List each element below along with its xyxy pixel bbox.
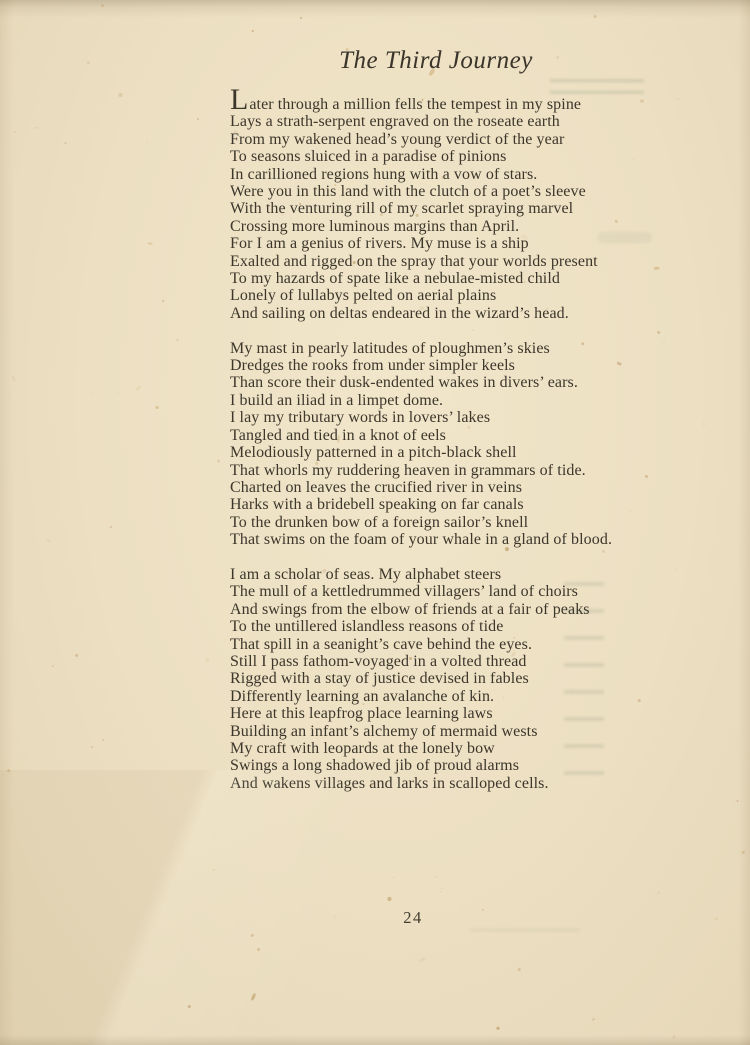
poem-line: Rigged with a stay of justice devised in… — [230, 670, 670, 687]
paper-speckle — [156, 406, 159, 409]
poem-line: With the venturing rill of my scarlet sp… — [230, 200, 670, 217]
poem-line: I lay my tributary words in lovers’ lake… — [230, 409, 670, 426]
poem-line: Swings a long shadowed jib of proud alar… — [230, 757, 670, 774]
paper-speckle — [299, 17, 302, 20]
poem-stanza: Later through a million fells the tempes… — [230, 96, 670, 322]
paper-speckle — [677, 97, 679, 99]
paper-speckle — [594, 15, 597, 18]
poem-line: To my hazards of spate like a nebulae-mi… — [230, 270, 670, 287]
paper-speckle — [205, 657, 210, 662]
paper-speckle — [212, 869, 214, 871]
paper-speckle — [435, 876, 437, 878]
poem-line: To the untillered islandless reasons of … — [230, 618, 670, 635]
poem-line: Here at this leapfrog place learning law… — [230, 705, 670, 722]
paper-speckle — [418, 956, 426, 963]
poem-line: And swings from the elbow of friends at … — [230, 601, 670, 618]
paper-speckle — [0, 36, 2, 39]
paper-speckle — [7, 995, 12, 1001]
poem-line: In carillioned regions hung with a vow o… — [230, 166, 670, 183]
poem-line: I build an iliad in a limpet dome. — [230, 392, 670, 409]
paper-speckle — [387, 897, 391, 901]
paper-speckle — [393, 876, 395, 878]
paper-speckle — [518, 967, 521, 970]
poem-line: Later through a million fells the tempes… — [230, 96, 670, 113]
paper-speckle — [176, 339, 179, 342]
paper-speckle — [741, 851, 745, 855]
paper-speckle — [699, 290, 700, 291]
paper-speckle — [110, 526, 112, 528]
paper-speckle — [592, 1018, 595, 1021]
poem-line: Charted on leaves the crucified river in… — [230, 479, 670, 496]
paper-speckle — [656, 891, 660, 895]
paper-speckle — [11, 375, 16, 381]
page-bleedthrough — [470, 928, 580, 942]
paper-speckle — [735, 527, 737, 529]
poem-body: Later through a million fells the tempes… — [230, 96, 670, 810]
paper-speckle — [102, 738, 105, 741]
paper-speckle — [74, 654, 79, 659]
paper-speckle — [162, 300, 165, 303]
page-number: 24 — [228, 908, 598, 928]
poem-line: Lonely of lullabys pelted on aerial plai… — [230, 287, 670, 304]
paper-speckle — [217, 460, 220, 463]
drop-cap: L — [230, 83, 249, 116]
paper-speckle — [147, 242, 152, 245]
poem-line: Differently learning an avalanche of kin… — [230, 688, 670, 705]
paper-speckle — [745, 757, 748, 760]
poem-line: That whorls my ruddering heaven in gramm… — [230, 462, 670, 479]
paper-speckle — [252, 30, 254, 32]
poem-line: I am a scholar of seas. My alphabet stee… — [230, 566, 670, 583]
paper-speckle — [736, 799, 739, 802]
paper-speckle — [251, 934, 255, 938]
paper-speckle — [135, 385, 142, 391]
poem-line: Lays a strath-serpent engraved on the ro… — [230, 113, 670, 130]
paper-speckle — [90, 391, 92, 393]
paper-speckle — [35, 127, 39, 129]
poem-line: Still I pass fathom-voyaged in a volted … — [230, 653, 670, 670]
paper-speckle — [197, 117, 199, 119]
paper-speckle — [51, 665, 54, 668]
poem-line: Exalted and rigged on the spray that you… — [230, 253, 670, 270]
paper-speckle — [119, 93, 123, 97]
paper-speckle — [673, 1034, 675, 1038]
paper-speckle — [101, 4, 104, 7]
paper-speckle — [14, 130, 16, 132]
poem-line: My mast in pearly latitudes of ploughmen… — [230, 340, 670, 357]
poem-line: Were you in this land with the clutch of… — [230, 183, 670, 200]
paper-speckle — [145, 141, 148, 144]
poem-line: Melodiously patterned in a pitch-black s… — [230, 444, 670, 461]
poem-title: The Third Journey — [228, 47, 644, 75]
poem-line: My craft with leopards at the lonely bow — [230, 740, 670, 757]
poem-line: Building an infant’s alchemy of mermaid … — [230, 723, 670, 740]
poem-line: Harks with a bridebell speaking on far c… — [230, 496, 670, 513]
paper-speckle — [256, 948, 261, 953]
poem-line: To seasons sluiced in a paradise of pini… — [230, 148, 670, 165]
paper-speckle — [703, 422, 706, 425]
poem-line: Dredges the rooks from under simpler kee… — [230, 357, 670, 374]
book-page: The Third Journey Later through a millio… — [0, 0, 750, 1045]
paper-speckle — [439, 891, 442, 894]
paper-speckle — [23, 278, 25, 280]
paper-speckle — [642, 993, 645, 996]
poem-line: Tangled and tied in a knot of eels — [230, 427, 670, 444]
poem-line: The mull of a kettledrummed villagers’ l… — [230, 583, 670, 600]
paper-speckle — [187, 1004, 191, 1008]
paper-speckle — [56, 672, 58, 674]
poem-line: And sailing on deltas endeared in the wi… — [230, 305, 670, 322]
poem-line: That swims on the foam of your whale in … — [230, 531, 670, 548]
paper-speckle — [441, 887, 442, 888]
paper-speckle — [87, 61, 91, 65]
poem-line: Crossing more luminous margins than Apri… — [230, 218, 670, 235]
poem-line: From my wakened head’s young verdict of … — [230, 131, 670, 148]
paper-speckle — [675, 568, 677, 570]
paper-speckle — [45, 539, 51, 542]
poem-line: And wakens villages and larks in scallop… — [230, 775, 670, 792]
poem-line: Than score their dusk-endented wakes in … — [230, 374, 670, 391]
paper-speckle — [715, 917, 719, 921]
poem-line: For I am a genius of rivers. My muse is … — [230, 235, 670, 252]
poem-line: To the drunken bow of a foreign sailor’s… — [230, 514, 670, 531]
poem-stanza: I am a scholar of seas. My alphabet stee… — [230, 566, 670, 792]
poem-line: That spill in a seanight’s cave behind t… — [230, 636, 670, 653]
page-bleedthrough — [550, 79, 644, 95]
paper-speckle — [7, 769, 11, 773]
poem-stanza: My mast in pearly latitudes of ploughmen… — [230, 340, 670, 549]
paper-speckle — [90, 745, 93, 748]
paper-speckle — [496, 1026, 500, 1030]
paper-speckle — [251, 993, 257, 1001]
paper-speckle — [65, 142, 67, 144]
paper-speckle — [116, 390, 120, 394]
